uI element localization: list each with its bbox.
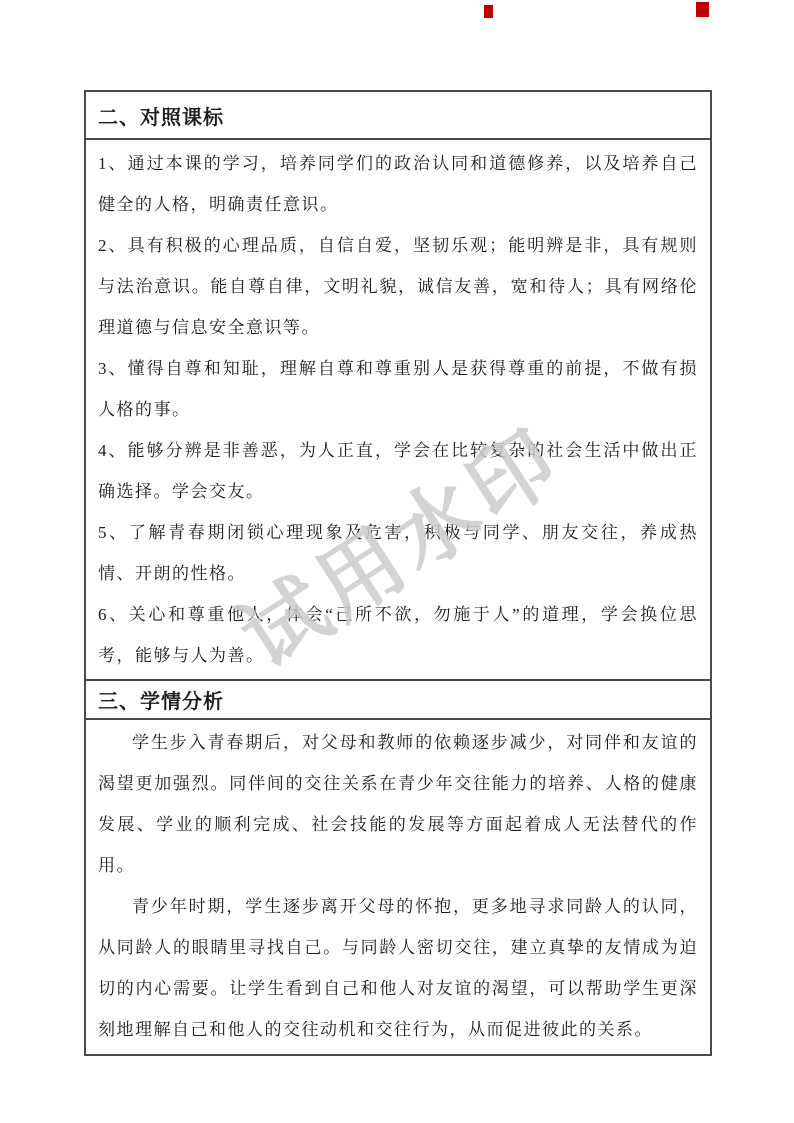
red-artifact-mark	[484, 5, 493, 18]
standard-item-4: 4、能够分辨是非善恶，为人正直，学会在比较复杂的社会生活中做出正确选择。学会交友…	[98, 430, 698, 512]
document-page: 二、对照课标 1、通过本课的学习，培养同学们的政治认同和道德修养，以及培养自己健…	[0, 0, 794, 1123]
red-artifact-mark	[696, 2, 709, 17]
curriculum-standards-cell: 1、通过本课的学习，培养同学们的政治认同和道德修养，以及培养自己健全的人格，明确…	[86, 140, 710, 681]
section-title-learner-analysis: 三、学情分析	[86, 681, 710, 720]
standard-item-5: 5、了解青春期闭锁心理现象及危害，积极与同学、朋友交往，养成热情、开朗的性格。	[98, 512, 698, 594]
standard-item-3: 3、懂得自尊和知耻，理解自尊和尊重别人是获得尊重的前提，不做有损人格的事。	[98, 348, 698, 430]
standard-item-1: 1、通过本课的学习，培养同学们的政治认同和道德修养，以及培养自己健全的人格，明确…	[98, 143, 698, 225]
analysis-paragraph-2: 青少年时期，学生逐步离开父母的怀抱，更多地寻求同龄人的认同，从同龄人的眼睛里寻找…	[98, 886, 698, 1050]
analysis-paragraph-1: 学生步入青春期后，对父母和教师的依赖逐步减少，对同伴和友谊的渴望更加强烈。同伴间…	[98, 722, 698, 886]
section-title-curriculum-standards: 二、对照课标	[86, 92, 710, 140]
lesson-plan-table: 二、对照课标 1、通过本课的学习，培养同学们的政治认同和道德修养，以及培养自己健…	[84, 90, 712, 1056]
learner-analysis-cell: 学生步入青春期后，对父母和教师的依赖逐步减少，对同伴和友谊的渴望更加强烈。同伴间…	[86, 720, 710, 1054]
standard-item-6: 6、关心和尊重他人，体会“己所不欲，勿施于人”的道理，学会换位思考，能够与人为善…	[98, 594, 698, 676]
standard-item-2: 2、具有积极的心理品质，自信自爱，坚韧乐观；能明辨是非，具有规则与法治意识。能自…	[98, 225, 698, 348]
